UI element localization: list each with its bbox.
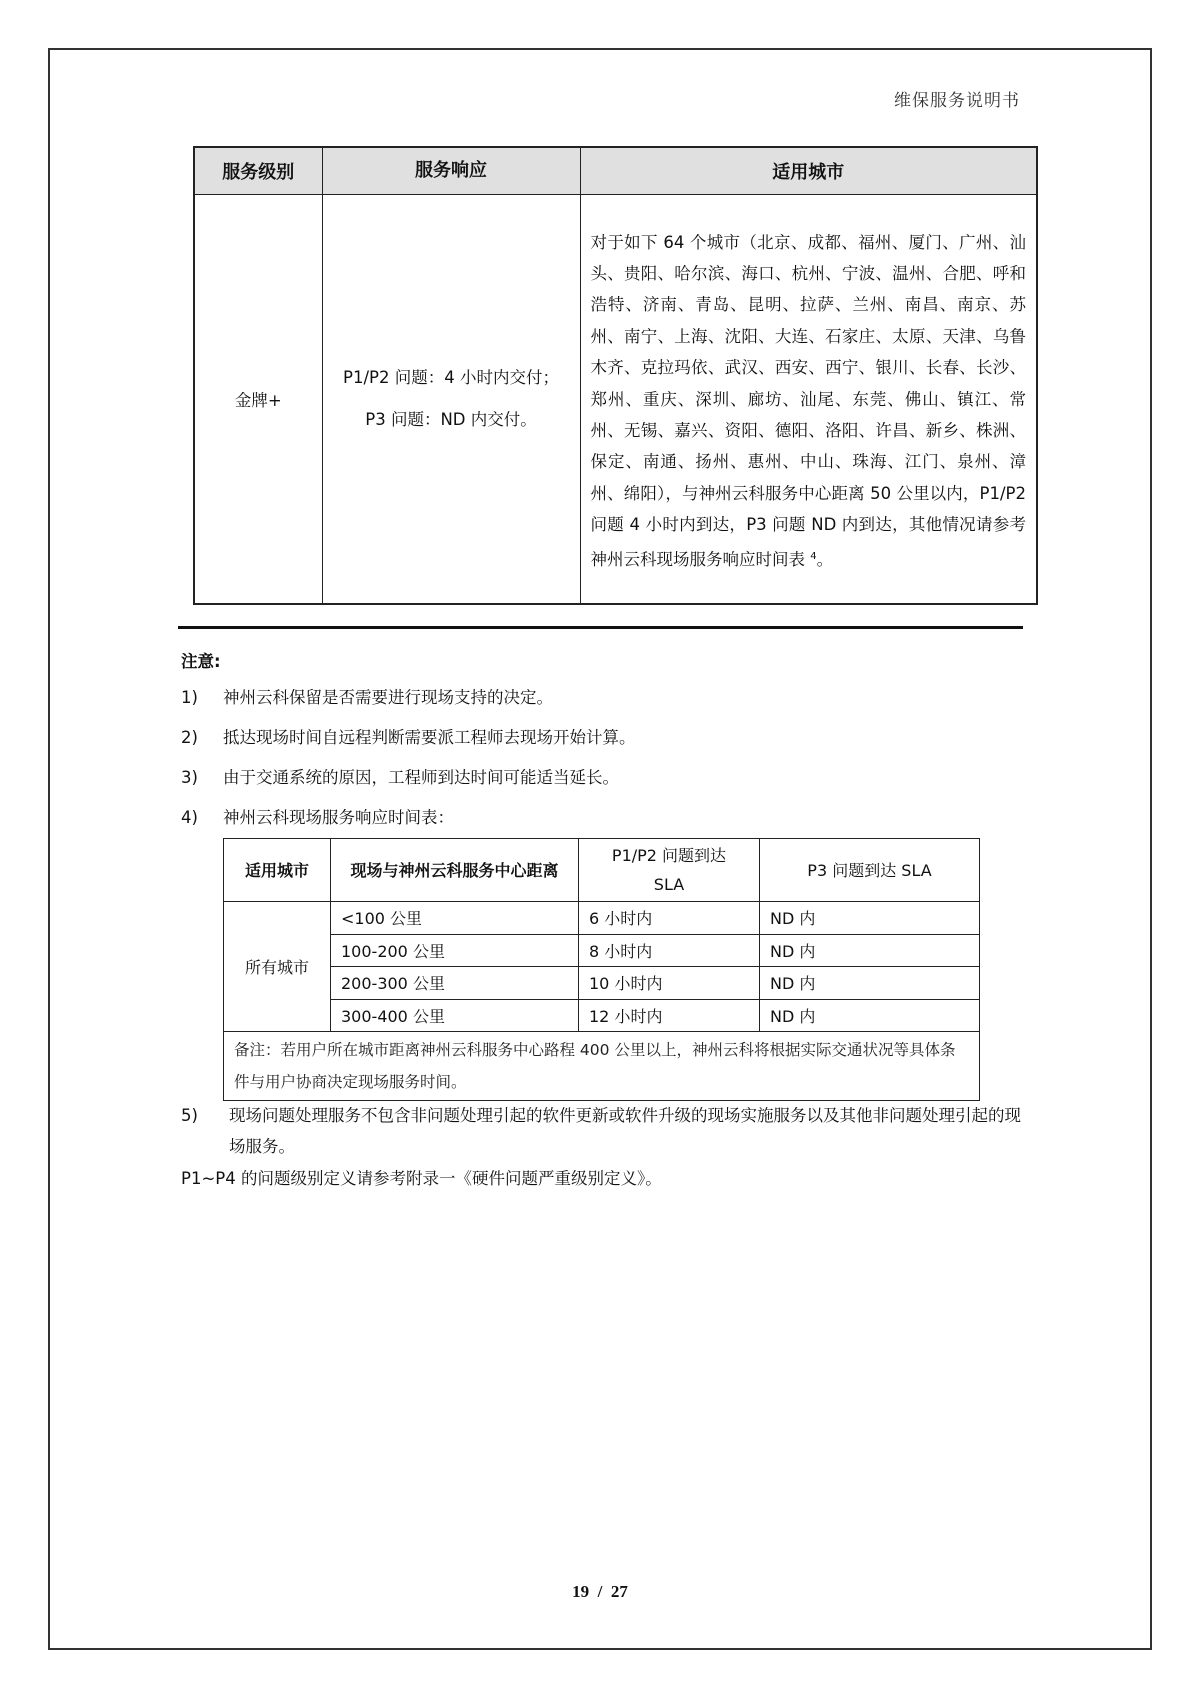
sla-header-row: 适用城市 现场与神州云科服务中心距离 P1/P2 问题到达 SLA P3 问题到… — [224, 839, 980, 902]
note-number: 3) — [181, 764, 223, 792]
note-text: 神州云科现场服务响应时间表： — [223, 804, 1031, 832]
onsite-sla-table: 适用城市 现场与神州云科服务中心距离 P1/P2 问题到达 SLA P3 问题到… — [223, 838, 980, 1101]
sla-distance-cell: <100 公里 — [331, 902, 579, 935]
note-number: 2) — [181, 724, 223, 752]
column-header-cities: 适用城市 — [580, 147, 1037, 194]
page-number: 19 / 27 — [0, 1582, 1200, 1602]
sla-city-cell: 所有城市 — [224, 902, 331, 1032]
current-page: 19 — [572, 1582, 589, 1601]
note-number: 1) — [181, 684, 223, 712]
applicable-cities-cell: 对于如下 64 个城市（北京、成都、福州、厦门、广州、汕头、贵阳、哈尔滨、海口、… — [580, 194, 1037, 604]
sla-row: 所有城市 <100 公里 6 小时内 ND 内 — [224, 902, 980, 935]
note-number: 4) — [181, 804, 223, 832]
note-item: 3) 由于交通系统的原因，工程师到达时间可能适当延长。 — [181, 764, 1031, 792]
service-level-table: 服务级别 服务响应 适用城市 金牌+ P1/P2 问题：4 小时内交付； P3 … — [193, 146, 1038, 605]
page-separator: / — [598, 1582, 603, 1601]
notes-section: 注意: 1) 神州云科保留是否需要进行现场支持的决定。 2) 抵达现场时间自远程… — [181, 648, 1031, 844]
sla-row: 200-300 公里 10 小时内 ND 内 — [224, 967, 980, 1000]
sla-p1p2-cell: 10 小时内 — [579, 967, 760, 1000]
sla-p3-cell: ND 内 — [760, 934, 980, 967]
cities-text: 对于如下 64 个城市（北京、成都、福州、厦门、广州、汕头、贵阳、哈尔滨、海口、… — [591, 233, 1027, 569]
sla-row: 100-200 公里 8 小时内 ND 内 — [224, 934, 980, 967]
sla-remark: 备注：若用户所在城市距离神州云科服务中心路程 400 公里以上，神州云科将根据实… — [224, 1032, 980, 1101]
service-level-cell: 金牌+ — [194, 194, 322, 604]
sla-column-header-city: 适用城市 — [224, 839, 331, 902]
table-header-row: 服务级别 服务响应 适用城市 — [194, 147, 1037, 194]
service-response-cell: P1/P2 问题：4 小时内交付； P3 问题：ND 内交付。 — [322, 194, 580, 604]
note-number: 5) — [181, 1100, 229, 1162]
note-item: 5) 现场问题处理服务不包含非问题处理引起的软件更新或软件升级的现场实施服务以及… — [181, 1100, 1031, 1162]
sla-p1p2-cell: 8 小时内 — [579, 934, 760, 967]
sla-distance-cell: 300-400 公里 — [331, 999, 579, 1032]
section-divider — [178, 626, 1023, 629]
sla-row: 300-400 公里 12 小时内 ND 内 — [224, 999, 980, 1032]
sla-p3-cell: ND 内 — [760, 967, 980, 1000]
column-header-level: 服务级别 — [194, 147, 322, 194]
note-text: 抵达现场时间自远程判断需要派工程师去现场开始计算。 — [223, 724, 1031, 752]
total-pages: 27 — [611, 1582, 628, 1601]
note-item: 1) 神州云科保留是否需要进行现场支持的决定。 — [181, 684, 1031, 712]
sla-remark-row: 备注：若用户所在城市距离神州云科服务中心路程 400 公里以上，神州云科将根据实… — [224, 1032, 980, 1101]
note-text: 由于交通系统的原因，工程师到达时间可能适当延长。 — [223, 764, 1031, 792]
note-item: 2) 抵达现场时间自远程判断需要派工程师去现场开始计算。 — [181, 724, 1031, 752]
note-text: 现场问题处理服务不包含非问题处理引起的软件更新或软件升级的现场实施服务以及其他非… — [229, 1100, 1031, 1162]
sla-p3-cell: ND 内 — [760, 902, 980, 935]
severity-definition-reference: P1~P4 的问题级别定义请参考附录一《硬件问题严重级别定义》。 — [181, 1165, 662, 1189]
sla-p3-cell: ND 内 — [760, 999, 980, 1032]
response-p1p2: P1/P2 问题：4 小时内交付； — [337, 362, 566, 394]
sla-column-header-distance: 现场与神州云科服务中心距离 — [331, 839, 579, 902]
sla-distance-cell: 200-300 公里 — [331, 967, 579, 1000]
sla-p1p2-cell: 12 小时内 — [579, 999, 760, 1032]
sla-column-header-p3: P3 问题到达 SLA — [760, 839, 980, 902]
cities-end: 。 — [817, 550, 834, 569]
table-row: 金牌+ P1/P2 问题：4 小时内交付； P3 问题：ND 内交付。 对于如下… — [194, 194, 1037, 604]
notes-title: 注意: — [181, 648, 1031, 672]
column-header-response: 服务响应 — [322, 147, 580, 194]
note-text: 神州云科保留是否需要进行现场支持的决定。 — [223, 684, 1031, 712]
sla-column-header-p1p2: P1/P2 问题到达 SLA — [579, 839, 760, 902]
sla-p1p2-cell: 6 小时内 — [579, 902, 760, 935]
running-header: 维保服务说明书 — [894, 86, 1020, 111]
note-item: 4) 神州云科现场服务响应时间表： — [181, 804, 1031, 832]
response-p3: P3 问题：ND 内交付。 — [337, 404, 566, 436]
sla-distance-cell: 100-200 公里 — [331, 934, 579, 967]
